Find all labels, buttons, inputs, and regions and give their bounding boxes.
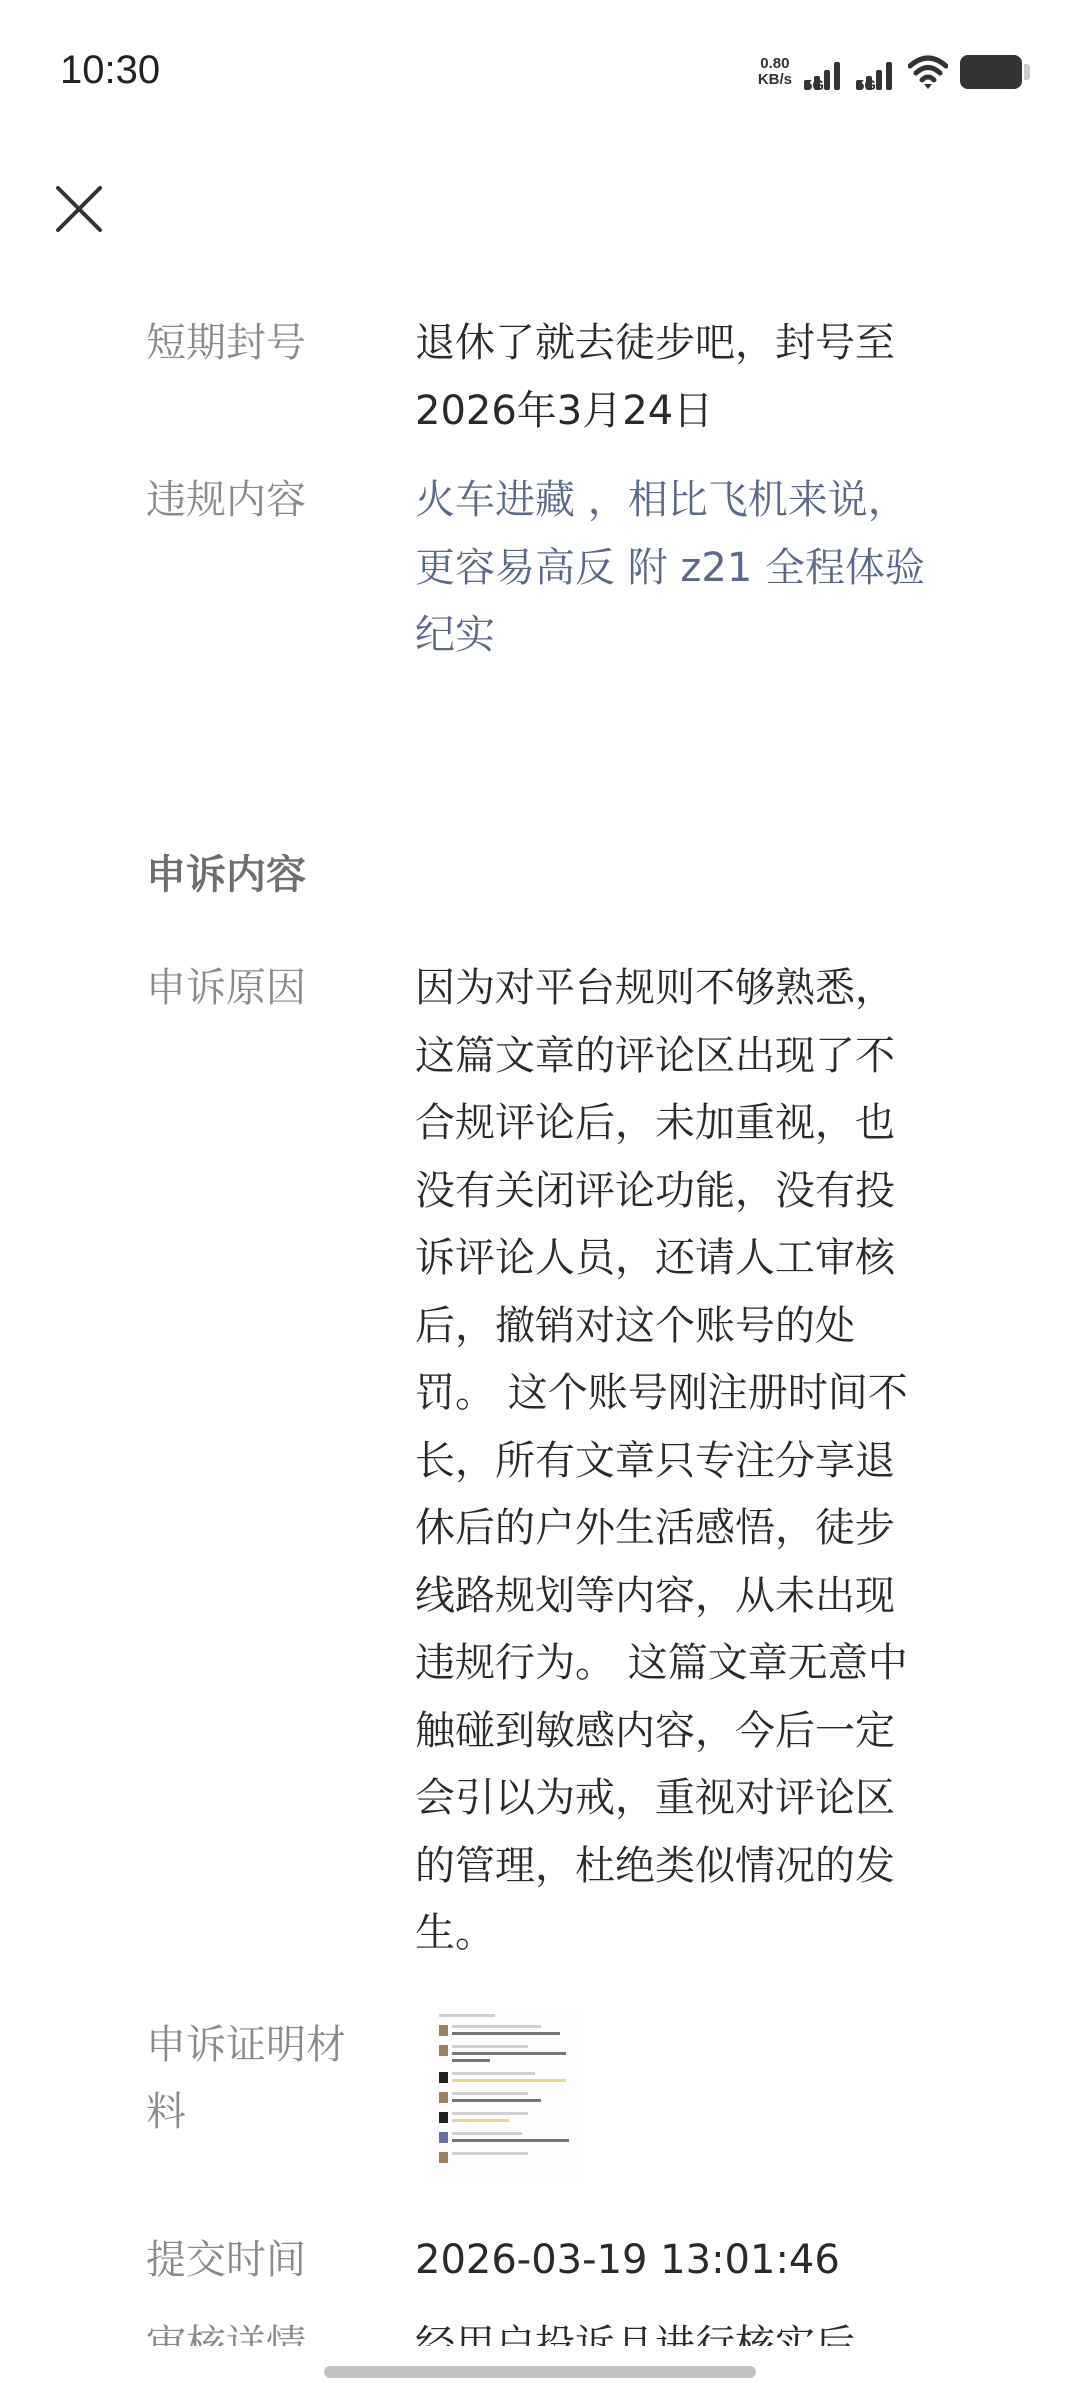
status-icons: 0.80 KB/s 5G 5G	[758, 52, 1022, 92]
reason-line: 后，撤销对这个账号的处	[415, 1293, 935, 1361]
reason-line: 违规行为。 这篇文章无意中	[415, 1630, 935, 1698]
network-speed-unit: KB/s	[758, 72, 792, 88]
violation-line: 火车进藏 ，相比飞机来说，	[415, 467, 935, 535]
reason-line: 长，所有文章只专注分享退	[415, 1428, 935, 1496]
status-bar: 10:30 0.80 KB/s 5G 5G	[0, 0, 1080, 130]
review-detail-label: 审核详情	[146, 2318, 306, 2346]
review-detail-value: 经用户投诉且进行核实后	[415, 2318, 935, 2346]
violation-content-link[interactable]: 火车进藏 ，相比飞机来说， 更容易高反 附 z21 全程体验 纪实	[415, 467, 935, 670]
ban-label: 短期封号	[146, 310, 306, 377]
reason-line: 诉评论人员，还请人工审核	[415, 1225, 935, 1293]
reason-line: 因为对平台规则不够熟悉，	[415, 955, 935, 1023]
reason-line: 的管理，杜绝类似情况的发	[415, 1833, 935, 1901]
reason-line: 线路规划等内容，从未出现	[415, 1563, 935, 1631]
home-indicator[interactable]	[324, 2366, 756, 2378]
close-button[interactable]	[50, 180, 108, 238]
close-icon	[50, 180, 108, 238]
evidence-label-line: 料	[146, 2079, 346, 2146]
evidence-label-line: 申诉证明材	[146, 2012, 346, 2079]
evidence-thumbnail[interactable]	[435, 2008, 583, 2184]
evidence-label: 申诉证明材 料	[146, 2012, 346, 2146]
wifi-icon	[908, 54, 948, 90]
reason-line: 这篇文章的评论区出现了不	[415, 1023, 935, 1091]
reason-line: 休后的户外生活感悟，徒步	[415, 1495, 935, 1563]
ban-value-line: 退休了就去徒步吧，封号至	[415, 310, 935, 378]
reason-line: 会引以为戒，重视对评论区	[415, 1765, 935, 1833]
reason-line: 没有关闭评论功能，没有投	[415, 1158, 935, 1226]
ban-value-line: 2026年3月24日	[415, 378, 935, 446]
network-speed: 0.80 KB/s	[758, 56, 792, 88]
status-time: 10:30	[60, 48, 160, 93]
reason-line: 罚。 这个账号刚注册时间不	[415, 1360, 935, 1428]
reason-line: 触碰到敏感内容，今后一定	[415, 1698, 935, 1766]
network-speed-value: 0.80	[760, 56, 789, 72]
reason-line: 合规评论后，未加重视，也	[415, 1090, 935, 1158]
violation-line: 更容易高反 附 z21 全程体验	[415, 535, 935, 603]
review-detail-row: 审核详情 经用户投诉且进行核实后	[0, 2318, 1080, 2346]
violation-label: 违规内容	[146, 467, 306, 534]
signal-5g-icon: 5G	[804, 52, 844, 92]
submit-time-label: 提交时间	[146, 2227, 306, 2294]
battery-icon	[960, 55, 1022, 89]
submit-time-value: 2026-03-19 13:01:46	[415, 2227, 935, 2295]
appeal-reason-label: 申诉原因	[146, 955, 306, 1022]
signal-5g-icon: 5G	[856, 52, 896, 92]
violation-line: 纪实	[415, 602, 935, 670]
appeal-section-title: 申诉内容	[146, 842, 306, 909]
ban-value: 退休了就去徒步吧，封号至 2026年3月24日	[415, 310, 935, 445]
reason-line: 生。	[415, 1900, 935, 1968]
appeal-reason-text: 因为对平台规则不够熟悉， 这篇文章的评论区出现了不 合规评论后，未加重视，也 没…	[415, 955, 935, 1968]
